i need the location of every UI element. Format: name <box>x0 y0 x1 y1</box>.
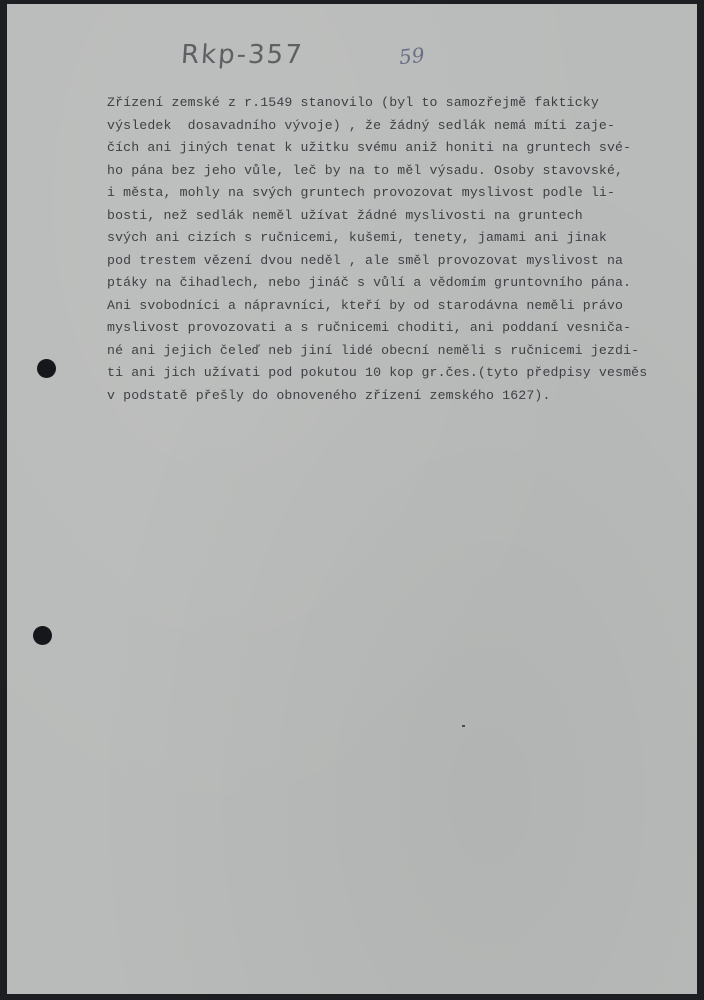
handwritten-page-number: 59 <box>398 43 426 70</box>
text-line: i města, mohly na svých gruntech provozo… <box>107 182 687 205</box>
text-line: ptáky na čihadlech, nebo jináč s vůlí a … <box>107 272 687 295</box>
text-line: né ani jejich čeleď neb jiní lidé obecní… <box>107 340 687 363</box>
text-line: pod trestem vězení dvou neděl , ale směl… <box>107 250 687 273</box>
text-line: Ani svobodníci a nápravníci, kteří by od… <box>107 295 687 318</box>
document-page: Rkp-357 59 Zřízení zemské z r.1549 stano… <box>7 4 697 994</box>
punch-hole-upper <box>37 359 56 378</box>
punch-hole-lower <box>33 626 52 645</box>
text-line: výsledek dosavadního vývoje) , že žádný … <box>107 115 687 138</box>
text-line: čích ani jiných tenat k užitku svému ani… <box>107 137 687 160</box>
handwritten-archive-reference: Rkp-357 <box>180 40 305 70</box>
typed-paragraph: Zřízení zemské z r.1549 stanovilo (byl t… <box>107 92 687 407</box>
paper-speck <box>462 725 465 727</box>
text-line: Zřízení zemské z r.1549 stanovilo (byl t… <box>107 92 687 115</box>
text-line: svých ani cizích s ručnicemi, kušemi, te… <box>107 227 687 250</box>
text-line: bosti, než sedlák neměl užívat žádné mys… <box>107 205 687 228</box>
text-line: myslivost provozovati a s ručnicemi chod… <box>107 317 687 340</box>
text-line: ti ani jich užívati pod pokutou 10 kop g… <box>107 362 687 385</box>
text-line: v podstatě přešly do obnoveného zřízení … <box>107 385 687 408</box>
text-line: ho pána bez jeho vůle, leč by na to měl … <box>107 160 687 183</box>
